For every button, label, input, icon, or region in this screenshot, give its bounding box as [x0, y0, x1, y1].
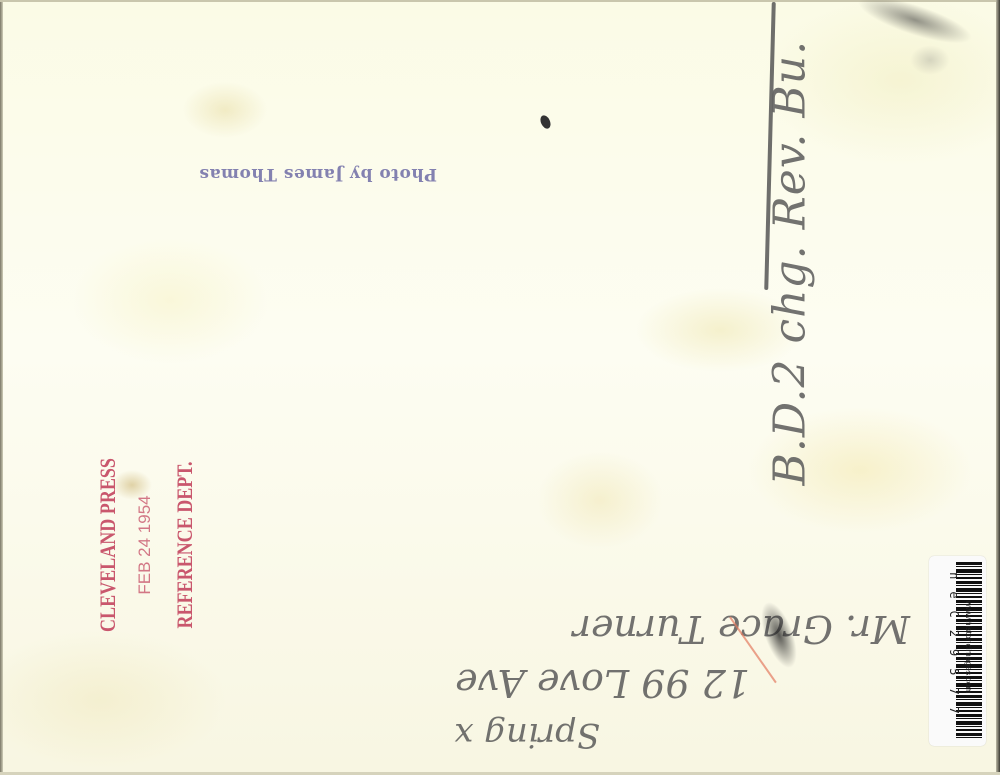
ink-spot [538, 114, 552, 130]
left-edge [0, 0, 3, 775]
smudge-mark [853, 0, 976, 53]
handwritten-vertical-note: B.D.2 chg. Rev. Bu. [765, 66, 816, 486]
stamp-department: REFERENCE DEPT. [172, 414, 198, 676]
handwritten-address-note: Mr. Grace Turner 12 99 Love Ave Spring x [380, 585, 920, 755]
barcode-url: www.historicimages.com [964, 552, 974, 742]
stamp-newspaper-name: CLEVELAND PRESS [95, 414, 121, 676]
handwritten-line: Mr. Grace Turner [573, 607, 910, 651]
top-edge [0, 0, 1000, 2]
barcode-label: neC29577 www.historicimages.com [929, 556, 986, 746]
smudge-mark [910, 45, 950, 75]
stamp-date: FEB 24 1954 [135, 385, 155, 705]
handwritten-line: 12 99 Love Ave [455, 661, 750, 705]
right-edge [996, 0, 1000, 775]
photographer-credit-stamp: Photo by James Thomas [178, 164, 458, 184]
library-reference-stamp: CLEVELAND PRESS FEB 24 1954 REFERENCE DE… [95, 385, 205, 705]
photo-back-sheet: Photo by James Thomas CLEVELAND PRESS FE… [0, 0, 1000, 775]
handwritten-line: Spring x [454, 715, 600, 755]
barcode-code: neC29577 [947, 554, 961, 744]
